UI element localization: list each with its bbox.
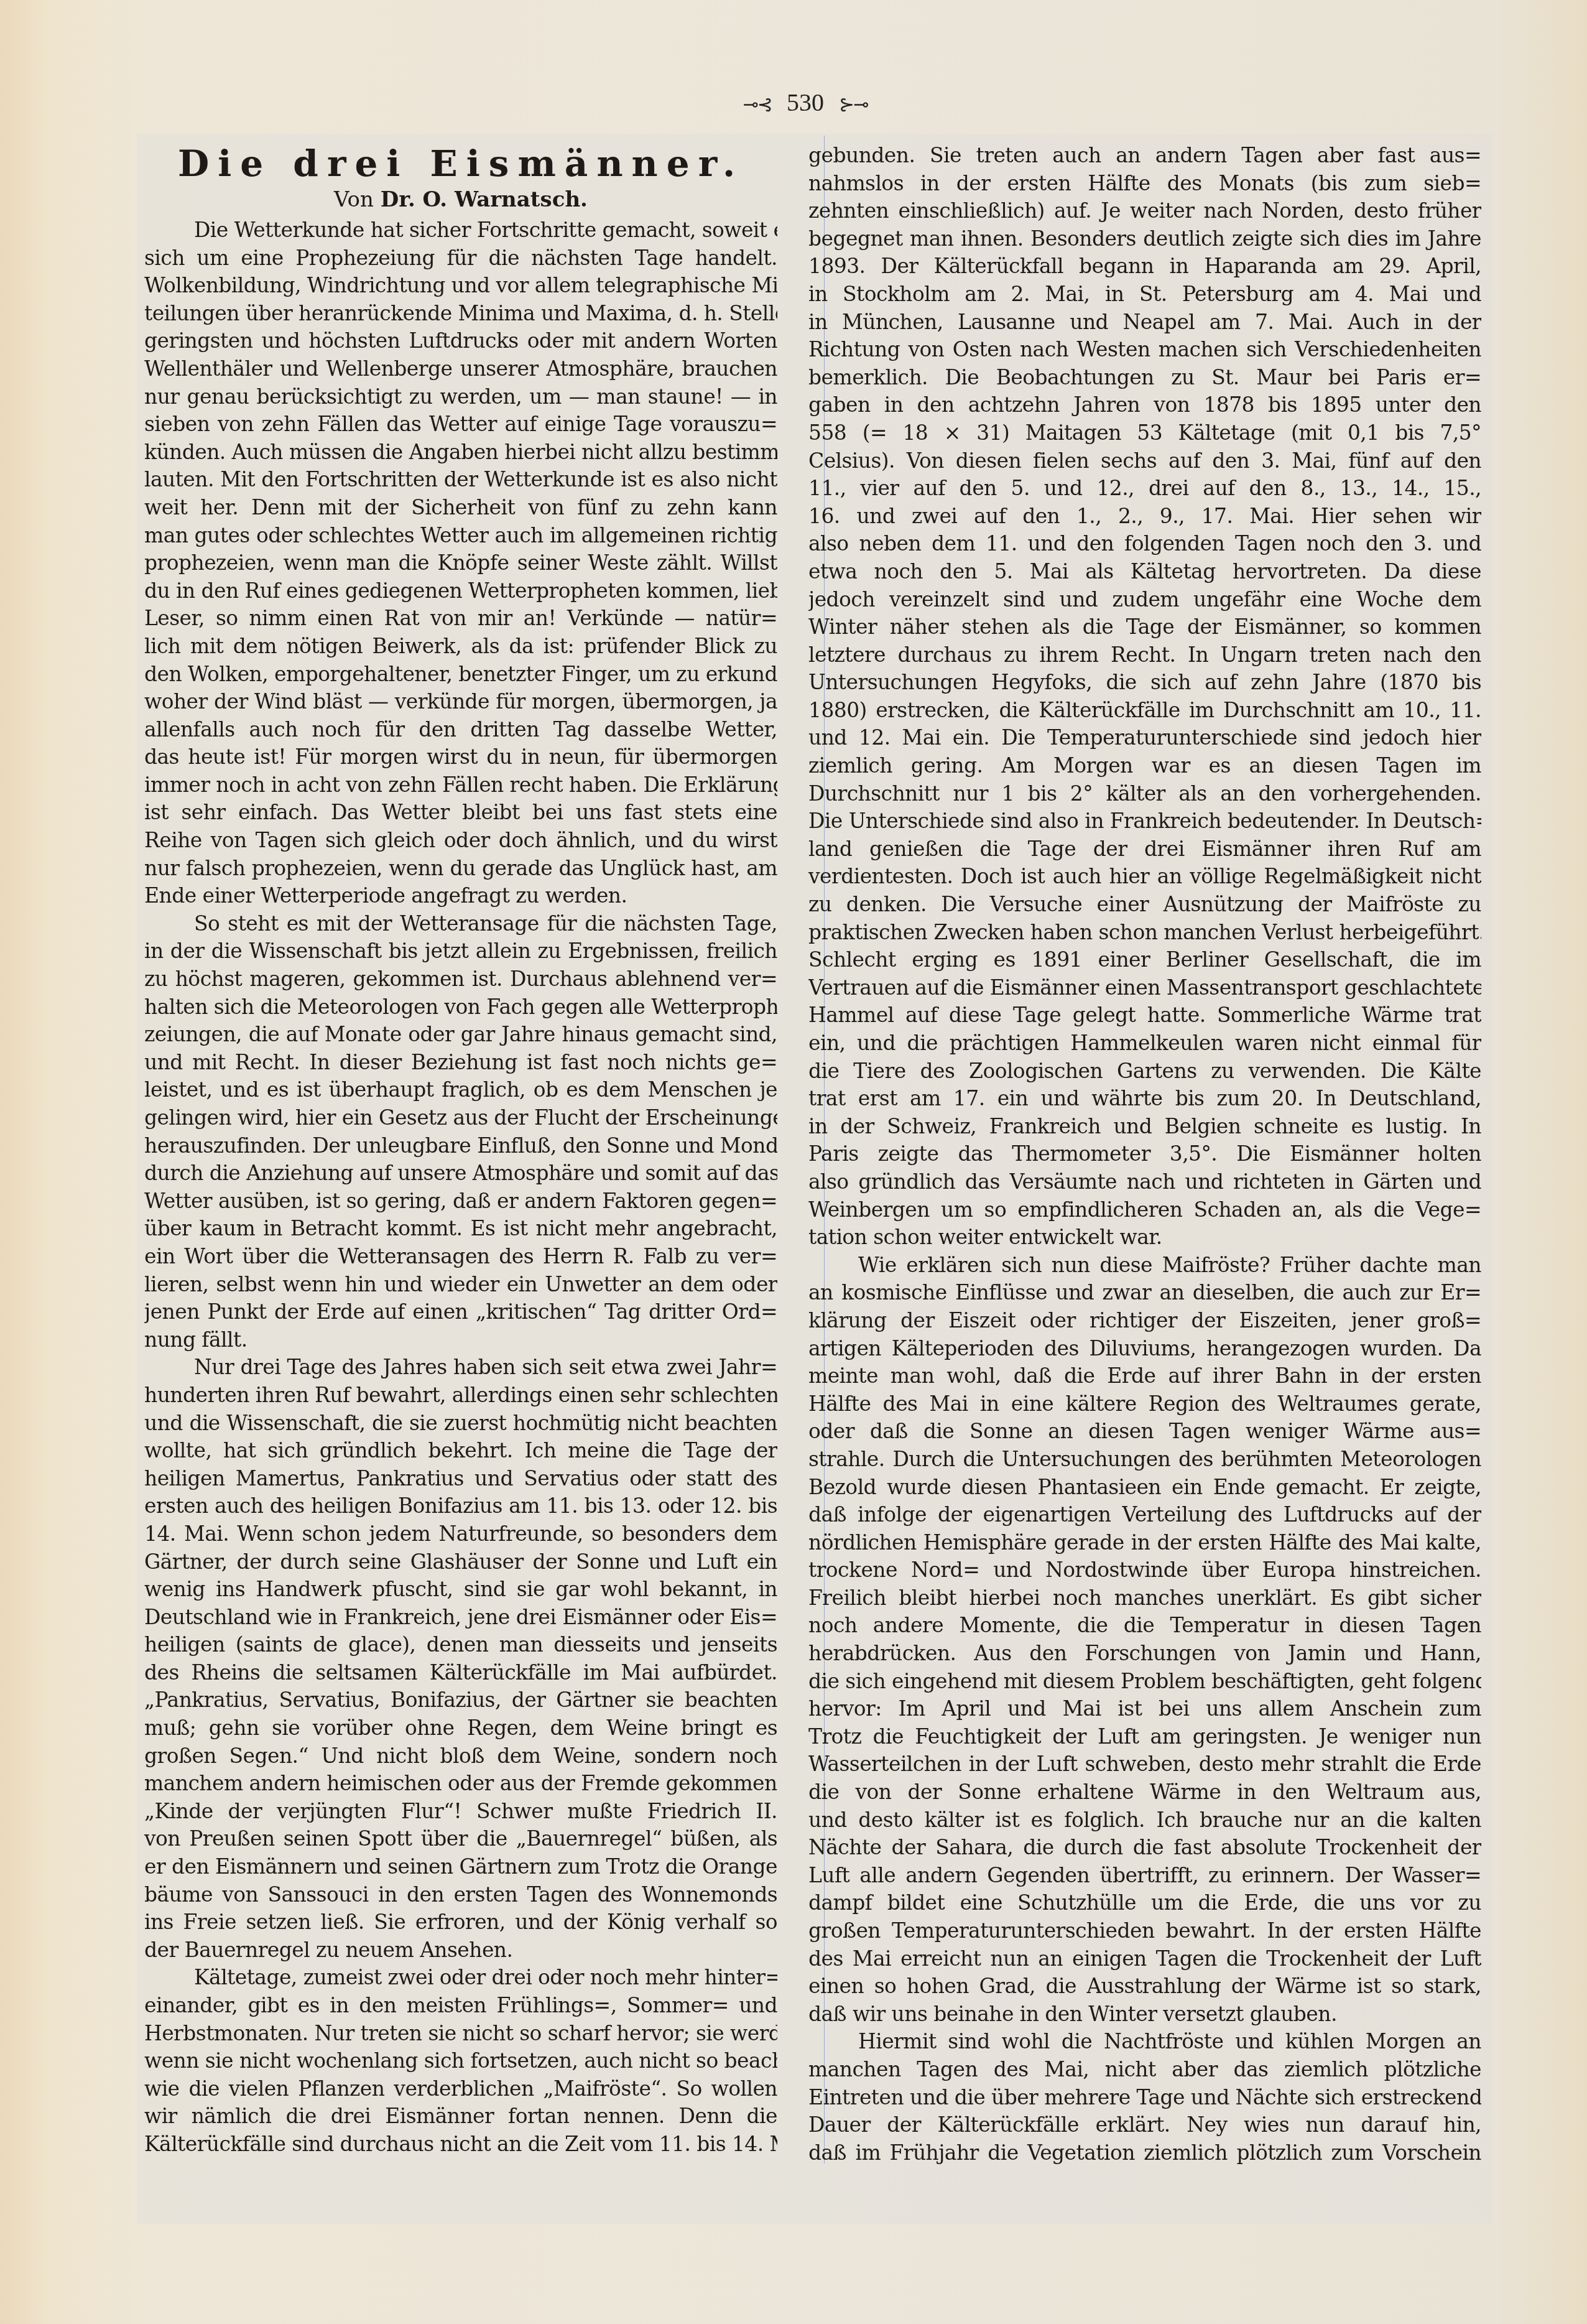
text-line: Luft alle andern Gegenden übertrifft, zu… bbox=[808, 1862, 1481, 1890]
text-line: 16. und zwei auf den 1., 2., 9., 17. Mai… bbox=[808, 503, 1481, 531]
text-line: man gutes oder schlechtes Wetter auch im… bbox=[144, 522, 777, 550]
text-line: wenig ins Handwerk pfuscht, sind sie gar… bbox=[144, 1576, 777, 1604]
text-line: Nur drei Tage des Jahres haben sich seit… bbox=[144, 1354, 777, 1382]
text-line: Weinbergen um so empfindlicheren Schaden… bbox=[808, 1196, 1481, 1224]
text-line: Wolkenbildung, Windrichtung und vor alle… bbox=[144, 272, 777, 300]
page-background: ⊸⊰ 530 ⊱⊸ Die drei Eismänner. Von Dr. O.… bbox=[0, 0, 1587, 2324]
text-line: einander, gibt es in den meisten Frühlin… bbox=[144, 1992, 777, 2020]
text-line: du in den Ruf eines gediegenen Wetterpro… bbox=[144, 577, 777, 605]
article-byline: Von Dr. O. Warnatsch. bbox=[144, 185, 777, 214]
ornament-right-icon: ⊱⊸ bbox=[839, 95, 868, 115]
text-line: Kälterückfälle sind durchaus nicht an di… bbox=[144, 2131, 777, 2159]
text-line: herabdrücken. Aus den Forschungen von Ja… bbox=[808, 1640, 1481, 1668]
text-line: Hammel auf diese Tage gelegt hatte. Somm… bbox=[808, 1002, 1481, 1030]
text-line: sieben von zehn Fällen das Wetter auf ei… bbox=[144, 411, 777, 439]
text-line: meinte man wohl, daß die Erde auf ihrer … bbox=[808, 1362, 1481, 1390]
byline-prefix: Von bbox=[334, 187, 374, 212]
text-line: lich mit dem nötigen Beiwerk, als da ist… bbox=[144, 633, 777, 661]
text-line: wie die vielen Pflanzen verderblichen „M… bbox=[144, 2075, 777, 2103]
text-line: prophezeien, wenn man die Knöpfe seiner … bbox=[144, 549, 777, 577]
text-line: Hälfte des Mai in eine kältere Region de… bbox=[808, 1390, 1481, 1418]
text-line: Vertrauen auf die Eismänner einen Massen… bbox=[808, 974, 1481, 1002]
text-line: das heute ist! Für morgen wirst du in ne… bbox=[144, 743, 777, 771]
text-line: artigen Kälteperioden des Diluviums, her… bbox=[808, 1335, 1481, 1363]
text-line: großen Temperaturunterschieden bewahrt. … bbox=[808, 1917, 1481, 1945]
text-line: gebunden. Sie treten auch an andern Tage… bbox=[808, 142, 1481, 170]
byline-author: Dr. O. Warnatsch. bbox=[381, 187, 588, 212]
page-number: 530 bbox=[787, 88, 824, 116]
text-line: hunderten ihren Ruf bewahrt, allerdings … bbox=[144, 1382, 777, 1410]
text-line: nung fällt. bbox=[144, 1326, 777, 1354]
text-line: und die Wissenschaft, die sie zuerst hoc… bbox=[144, 1410, 777, 1438]
text-line: praktischen Zwecken haben schon manchen … bbox=[808, 919, 1481, 947]
text-line: verdientesten. Doch ist auch hier an völ… bbox=[808, 863, 1481, 891]
text-line: tation schon weiter entwickelt war. bbox=[808, 1224, 1481, 1252]
text-line: die Tiere des Zoologischen Gartens zu ve… bbox=[808, 1057, 1481, 1085]
text-line: Die Wetterkunde hat sicher Fortschritte … bbox=[144, 216, 777, 244]
text-line: Hiermit sind wohl die Nachtfröste und kü… bbox=[808, 2028, 1481, 2056]
text-line: Eintreten und die über mehrere Tage und … bbox=[808, 2084, 1481, 2112]
text-line: einen so hohen Grad, die Ausstrahlung de… bbox=[808, 1973, 1481, 2001]
text-line: künden. Auch müssen die Angaben hierbei … bbox=[144, 439, 777, 467]
text-line: des Rheins die seltsamen Kälterückfälle … bbox=[144, 1659, 777, 1687]
text-line: bemerklich. Die Beobachtungen zu St. Mau… bbox=[808, 364, 1481, 392]
left-column: Die Wetterkunde hat sicher Fortschritte … bbox=[144, 216, 777, 2159]
text-line: großen Segen.“ Und nicht bloß dem Weine,… bbox=[144, 1742, 777, 1770]
text-line: zu denken. Die Versuche einer Ausnützung… bbox=[808, 891, 1481, 919]
text-line: 558 (= 18 × 31) Maitagen 53 Kältetage (m… bbox=[808, 419, 1481, 447]
text-line: 1893. Der Kälterückfall begann in Hapara… bbox=[808, 253, 1481, 281]
text-line: die von der Sonne erhaltene Wärme in den… bbox=[808, 1778, 1481, 1806]
text-line: woher der Wind bläst — verkünde für morg… bbox=[144, 688, 777, 716]
text-line: und 12. Mai ein. Die Temperaturunterschi… bbox=[808, 724, 1481, 752]
text-line: den Wolken, emporgehaltener, benetzter F… bbox=[144, 661, 777, 689]
text-line: an kosmische Einflüsse und zwar an diese… bbox=[808, 1279, 1481, 1307]
text-line: herauszufinden. Der unleugbare Einfluß, … bbox=[144, 1132, 777, 1160]
text-line: leistet, und es ist überhaupt fraglich, … bbox=[144, 1076, 777, 1104]
text-line: wenn sie nicht wochenlang sich fortsetze… bbox=[144, 2047, 777, 2075]
text-line: Winter näher stehen als die Tage der Eis… bbox=[808, 613, 1481, 641]
text-line: in München, Lausanne und Neapel am 7. Ma… bbox=[808, 309, 1481, 337]
text-line: Wetter ausüben, ist so gering, daß er an… bbox=[144, 1188, 777, 1215]
text-line: 11., vier auf den 5. und 12., drei auf d… bbox=[808, 475, 1481, 503]
text-line: Dauer der Kälterückfälle erklärt. Ney wi… bbox=[808, 2111, 1481, 2139]
text-line: nur genau berücksichtigt zu werden, um —… bbox=[144, 383, 777, 411]
text-line: 1880) erstrecken, die Kälterückfälle im … bbox=[808, 697, 1481, 725]
text-line: wir nämlich die drei Eismänner fortan ne… bbox=[144, 2103, 777, 2131]
text-line: jenen Punkt der Erde auf einen „kritisch… bbox=[144, 1298, 777, 1326]
text-line: in Stockholm am 2. Mai, in St. Petersbur… bbox=[808, 281, 1481, 309]
text-line: teilungen über heranrückende Minima und … bbox=[144, 300, 777, 328]
text-line: also neben dem 11. und den folgenden Tag… bbox=[808, 530, 1481, 558]
text-line: daß im Frühjahr die Vegetation ziemlich … bbox=[808, 2139, 1481, 2167]
text-line: dampf bildet eine Schutzhülle um die Erd… bbox=[808, 1889, 1481, 1917]
text-line: Kältetage, zumeist zwei oder drei oder n… bbox=[144, 1964, 777, 1992]
text-line: die sich eingehend mit diesem Problem be… bbox=[808, 1668, 1481, 1696]
text-line: hervor: Im April und Mai ist bei uns all… bbox=[808, 1695, 1481, 1723]
text-line: ins Freie setzen ließ. Sie erfroren, und… bbox=[144, 1908, 777, 1936]
text-line: ein, und die prächtigen Hammelkeulen war… bbox=[808, 1030, 1481, 1057]
text-line: „Pankratius, Servatius, Bonifazius, der … bbox=[144, 1686, 777, 1714]
text-line: strahle. Durch die Untersuchungen des be… bbox=[808, 1446, 1481, 1474]
text-line: gaben in den achtzehn Jahren von 1878 bi… bbox=[808, 391, 1481, 419]
text-line: in der Schweiz, Frankreich und Belgien s… bbox=[808, 1113, 1481, 1141]
text-line: von Preußen seinen Spott über die „Bauer… bbox=[144, 1825, 777, 1853]
text-line: also gründlich das Versäumte nach und ri… bbox=[808, 1168, 1481, 1196]
text-line: letztere durchaus zu ihrem Recht. In Ung… bbox=[808, 641, 1481, 669]
text-line: er den Eismännern und seinen Gärtnern zu… bbox=[144, 1853, 777, 1881]
text-line: manchem andern heimischen oder aus der F… bbox=[144, 1770, 777, 1798]
text-line: heiligen Mamertus, Pankratius und Servat… bbox=[144, 1465, 777, 1493]
text-line: daß wir uns beinahe in den Winter verset… bbox=[808, 2001, 1481, 2029]
text-line: „Kinde der verjüngten Flur“! Schwer mußt… bbox=[144, 1798, 777, 1826]
text-line: zeiungen, die auf Monate oder gar Jahre … bbox=[144, 1021, 777, 1049]
text-line: ersten auch des heiligen Bonifazius am 1… bbox=[144, 1492, 777, 1520]
text-line: noch andere Momente, die die Temperatur … bbox=[808, 1612, 1481, 1640]
text-line: Freilich bleibt hierbei noch manches une… bbox=[808, 1584, 1481, 1612]
text-line: daß infolge der eigenartigen Verteilung … bbox=[808, 1501, 1481, 1529]
text-line: lieren, selbst wenn hin und wieder ein U… bbox=[144, 1271, 777, 1299]
text-line: Wellenthäler und Wellenberge unserer Atm… bbox=[144, 355, 777, 383]
text-line: manchen Tagen des Mai, nicht aber das zi… bbox=[808, 2056, 1481, 2084]
text-line: allenfalls auch noch für den dritten Tag… bbox=[144, 716, 777, 744]
text-line: oder daß die Sonne an diesen Tagen wenig… bbox=[808, 1418, 1481, 1446]
text-line: ein Wort über die Wetteransagen des Herr… bbox=[144, 1243, 777, 1271]
page-number-header: ⊸⊰ 530 ⊱⊸ bbox=[712, 87, 899, 118]
text-line: immer noch in acht von zehn Fällen recht… bbox=[144, 771, 777, 799]
text-line: Schlecht erging es 1891 einer Berliner G… bbox=[808, 946, 1481, 974]
text-line: jedoch vereinzelt sind und zudem ungefäh… bbox=[808, 586, 1481, 614]
text-line: bäume von Sanssouci in den ersten Tagen … bbox=[144, 1881, 777, 1909]
text-line: gelingen wird, hier ein Gesetz aus der F… bbox=[144, 1104, 777, 1132]
text-line: muß; gehn sie vorüber ohne Regen, dem We… bbox=[144, 1714, 777, 1742]
text-line: So steht es mit der Wetteransage für die… bbox=[144, 910, 777, 938]
text-line: etwa noch den 5. Mai als Kältetag hervor… bbox=[808, 558, 1481, 586]
text-line: Trotz die Feuchtigkeit der Luft am gerin… bbox=[808, 1723, 1481, 1751]
text-line: Paris zeigte das Thermometer 3,5°. Die E… bbox=[808, 1140, 1481, 1168]
right-column: gebunden. Sie treten auch an andern Tage… bbox=[808, 142, 1481, 2167]
text-line: in der die Wissenschaft bis jetzt allein… bbox=[144, 937, 777, 965]
text-line: Untersuchungen Hegyfoks, die sich auf ze… bbox=[808, 669, 1481, 697]
text-line: sich um eine Prophezeiung für die nächst… bbox=[144, 244, 777, 272]
text-line: Leser, so nimm einen Rat von mir an! Ver… bbox=[144, 605, 777, 633]
text-line: klärung der Eiszeit oder richtiger der E… bbox=[808, 1307, 1481, 1335]
text-line: nördlichen Hemisphäre gerade in der erst… bbox=[808, 1529, 1481, 1557]
text-line: land genießen die Tage der drei Eismänne… bbox=[808, 835, 1481, 863]
text-line: Wie erklären sich nun diese Maifröste? F… bbox=[808, 1252, 1481, 1280]
text-line: Ende einer Wetterperiode angefragt zu we… bbox=[144, 882, 777, 910]
text-line: des Mai erreicht nun an einigen Tagen di… bbox=[808, 1945, 1481, 1973]
text-line: weit her. Denn mit der Sicherheit von fü… bbox=[144, 494, 777, 522]
text-line: Wasserteilchen in der Luft schweben, des… bbox=[808, 1750, 1481, 1778]
text-line: lauten. Mit den Fortschritten der Wetter… bbox=[144, 466, 777, 494]
text-line: begegnet man ihnen. Besonders deutlich z… bbox=[808, 225, 1481, 253]
text-line: und desto kälter ist es folglich. Ich br… bbox=[808, 1806, 1481, 1834]
text-line: zehnten einschließlich) auf. Je weiter n… bbox=[808, 197, 1481, 225]
text-line: durch die Anziehung auf unsere Atmosphär… bbox=[144, 1160, 777, 1188]
text-line: Richtung von Osten nach Westen machen si… bbox=[808, 336, 1481, 364]
text-line: trat erst am 17. ein und währte bis zum … bbox=[808, 1085, 1481, 1113]
text-line: Die Unterschiede sind also in Frankreich… bbox=[808, 807, 1481, 835]
text-line: ist sehr einfach. Das Wetter bleibt bei … bbox=[144, 799, 777, 827]
text-line: zu höchst mageren, gekommen ist. Durchau… bbox=[144, 965, 777, 993]
text-line: Celsius). Von diesen fielen sechs auf de… bbox=[808, 447, 1481, 475]
text-line: über kaum in Betracht kommt. Es ist nich… bbox=[144, 1215, 777, 1243]
text-line: nur falsch prophezeien, wenn du gerade d… bbox=[144, 855, 777, 883]
text-line: Deutschland wie in Frankreich, jene drei… bbox=[144, 1604, 777, 1632]
text-line: wollte, hat sich gründlich bekehrt. Ich … bbox=[144, 1437, 777, 1465]
text-line: und mit Recht. In dieser Beziehung ist f… bbox=[144, 1049, 777, 1077]
text-line: nahmslos in der ersten Hälfte des Monats… bbox=[808, 170, 1481, 198]
text-line: geringsten und höchsten Luftdrucks oder … bbox=[144, 327, 777, 355]
text-line: 14. Mai. Wenn schon jedem Naturfreunde, … bbox=[144, 1520, 777, 1548]
text-line: Bezold wurde diesen Phantasieen ein Ende… bbox=[808, 1474, 1481, 1502]
text-line: heiligen (saints de glace), denen man di… bbox=[144, 1631, 777, 1659]
text-line: Durchschnitt nur 1 bis 2° kälter als an … bbox=[808, 780, 1481, 808]
ornament-left-icon: ⊸⊰ bbox=[743, 95, 772, 115]
text-line: der Bauernregel zu neuem Ansehen. bbox=[144, 1936, 777, 1964]
text-line: Herbstmonaten. Nur treten sie nicht so s… bbox=[144, 2020, 777, 2048]
article-title: Die drei Eismänner. bbox=[144, 142, 777, 185]
text-line: halten sich die Meteorologen von Fach ge… bbox=[144, 993, 777, 1021]
text-line: ziemlich gering. Am Morgen war es an die… bbox=[808, 752, 1481, 780]
text-line: Gärtner, der durch seine Glashäuser der … bbox=[144, 1548, 777, 1576]
text-line: Nächte der Sahara, die durch die fast ab… bbox=[808, 1834, 1481, 1862]
text-line: Reihe von Tagen sich gleich oder doch äh… bbox=[144, 827, 777, 855]
text-line: trockene Nord= und Nordostwinde über Eur… bbox=[808, 1556, 1481, 1584]
